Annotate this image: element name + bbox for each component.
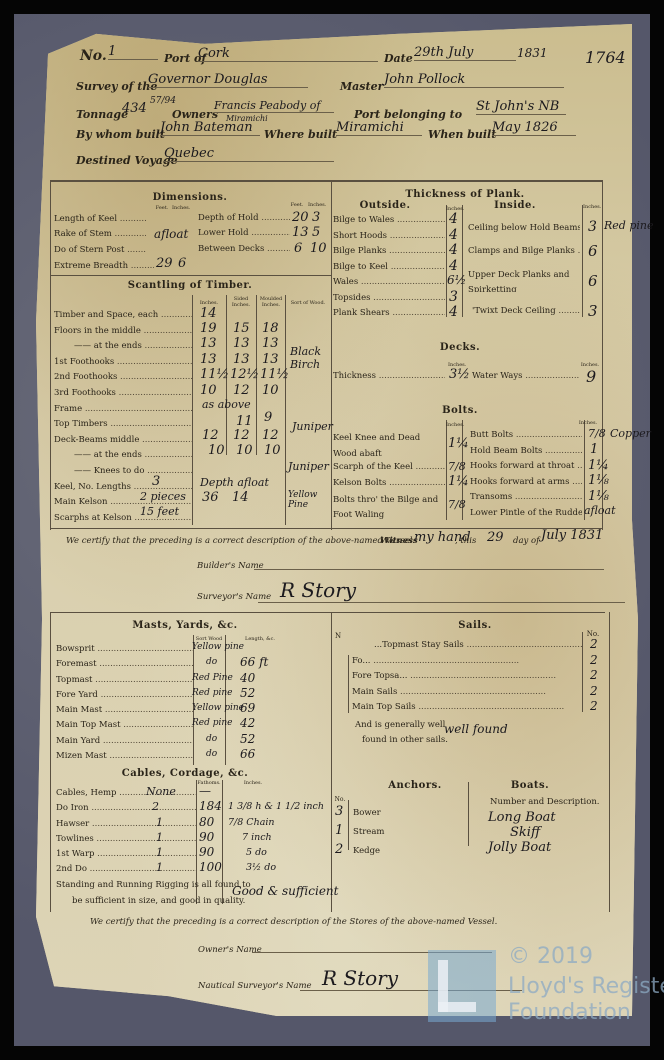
scantling-value: 14 bbox=[232, 490, 249, 505]
stores-right-rule bbox=[609, 612, 610, 912]
plank-value: 4 bbox=[449, 242, 458, 258]
plank-row-label: Wales bbox=[333, 277, 445, 293]
col-rule bbox=[192, 295, 193, 525]
boat-line: Skiff bbox=[510, 825, 540, 840]
scantling-count: 2 pieces bbox=[140, 490, 186, 503]
scantling-value: 9 bbox=[264, 410, 272, 425]
mast-row-label: Fore Yard bbox=[56, 690, 193, 705]
plank-row-label: Short Hoods bbox=[333, 231, 445, 247]
dim-col-inches: Inches. bbox=[172, 205, 186, 211]
table-top-rule bbox=[50, 180, 602, 182]
cable-fathoms: — bbox=[199, 784, 222, 799]
tonnage-label: Tonnage bbox=[76, 108, 128, 121]
dim-value: 5 bbox=[312, 225, 320, 240]
where-built-value: Miramichi bbox=[336, 120, 422, 136]
sail-row-label: Fo... bbox=[352, 656, 582, 672]
dim-row-label: Rake of Stem bbox=[54, 229, 146, 239]
scantling-value: 12 bbox=[262, 428, 279, 443]
mast-row-label: Topmast bbox=[56, 675, 193, 690]
dim-row-label: Extreme Breadth bbox=[54, 261, 154, 271]
scantling-col-sided: Sided Inches. bbox=[227, 296, 255, 308]
mast-row-label: Main Top Mast bbox=[56, 720, 193, 735]
scantling-row-label: Deck-Beams middle bbox=[54, 435, 192, 451]
dim-value: 6 bbox=[178, 256, 186, 271]
mast-row-label: Main Mast bbox=[56, 705, 193, 720]
plank-row-label: Topsides bbox=[333, 293, 445, 309]
scantling-row-label: Floors in the middle bbox=[54, 326, 192, 342]
mast-length: 52 bbox=[240, 686, 268, 701]
plank-value: 6 bbox=[588, 272, 598, 290]
bolts-row-label: Bolts thro' the Bilge and Foot Waling bbox=[333, 493, 445, 523]
survey-of-label: Survey of the bbox=[76, 80, 157, 93]
anchor-label: Stream bbox=[353, 827, 384, 837]
scantling-value: 12 bbox=[233, 383, 250, 398]
masts-labels: Bowsprit Foremast Topmast Fore Yard Main… bbox=[56, 644, 193, 766]
bolts-row-label: Scarph of the Keel bbox=[333, 462, 445, 472]
watermark-org-line1: Lloyd's Register bbox=[508, 974, 664, 999]
bolts-row-label: Hold Beam Bolts bbox=[470, 446, 582, 462]
col-rule bbox=[446, 205, 447, 317]
stores-top-rule bbox=[50, 612, 605, 613]
mast-row-label: Mizen Mast bbox=[56, 751, 193, 766]
scantling-row-label: Frame bbox=[54, 404, 192, 420]
rigging-text-1: Standing and Running Rigging is all foun… bbox=[56, 880, 251, 890]
built-by-value: John Bateman bbox=[160, 120, 260, 136]
watermark-copyright: © 2019 bbox=[508, 944, 593, 969]
anchor-label: Kedge bbox=[353, 846, 380, 856]
bolts-col-inches: Inches. bbox=[446, 422, 462, 428]
scantling-value: 10 bbox=[262, 383, 279, 398]
scantling-value: 13 bbox=[200, 352, 217, 367]
bolts-value: 1⅛ bbox=[588, 473, 609, 488]
dim-row-label: Do of Stern Post bbox=[54, 245, 146, 255]
plank-value: 4 bbox=[449, 304, 458, 320]
scantling-value: 10 bbox=[264, 443, 281, 458]
bolts-value: 7/8 bbox=[448, 460, 466, 473]
anchor-count: 2 bbox=[335, 842, 353, 857]
scantling-value: 36 bbox=[202, 490, 219, 505]
rigging-value: Good & sufficient bbox=[232, 884, 338, 898]
boats-title: Boats. bbox=[505, 780, 555, 791]
bolts-col-inches-right: Inches. bbox=[578, 420, 598, 426]
dim-value: 3 bbox=[312, 210, 320, 225]
scantling-title: Scantling of Timber. bbox=[120, 280, 260, 291]
date-label: Date bbox=[384, 52, 413, 65]
port-belonging-value: St John's NB bbox=[476, 99, 566, 115]
sails-labels: ...Topmast Stay Sails Fo... Fore Topsa..… bbox=[352, 640, 582, 718]
waterways-label: Water Ways bbox=[472, 371, 580, 381]
dimensions-title: Dimensions. bbox=[140, 192, 240, 203]
dim-row-label: Length of Keel bbox=[54, 214, 146, 224]
cable-count: 1 bbox=[146, 845, 176, 860]
sails-value-col: 2 2 2 2 2 bbox=[590, 637, 598, 715]
built-by-label: By whom built bbox=[76, 128, 165, 141]
bolts-row-label: Kelson Bolts bbox=[333, 478, 445, 488]
cables-count-col: None 2 1 1 1 1 bbox=[146, 784, 176, 876]
no-label: No. bbox=[80, 48, 107, 64]
bolts-note: Copper bbox=[610, 427, 651, 440]
sails-general-2: found in other sails. bbox=[362, 735, 448, 745]
cable-fathoms: 184 bbox=[199, 799, 222, 814]
when-built-value: May 1826 bbox=[492, 120, 576, 136]
dim-row-label: Depth of Hold bbox=[198, 213, 290, 223]
day-value: 29 bbox=[487, 530, 504, 545]
corner-note: 1764 bbox=[585, 48, 626, 67]
bolts-right-labels: Butt Bolts Hold Beam Bolts Hooks forward… bbox=[470, 430, 582, 523]
builders-name-field bbox=[254, 565, 604, 570]
mast-length: 52 bbox=[240, 732, 268, 747]
scantling-count: 3 bbox=[152, 474, 160, 489]
sail-row-label: Fore Topsa... bbox=[352, 671, 582, 687]
scantling-value: 11½ bbox=[200, 367, 229, 382]
dimensions-bottom-rule bbox=[50, 275, 331, 276]
bolts-value: 7/8 bbox=[588, 427, 606, 440]
port-of-value: Cork bbox=[198, 46, 378, 62]
plank-note: Red pine bbox=[604, 219, 653, 232]
mast-row-label: Bowsprit bbox=[56, 644, 193, 659]
bolts-title: Bolts. bbox=[430, 405, 490, 416]
cable-inches bbox=[228, 784, 324, 799]
dim-brace-note: afloat bbox=[154, 227, 188, 241]
scantling-value: 10 bbox=[208, 443, 225, 458]
plank-value: 6 bbox=[588, 242, 598, 260]
col-rule bbox=[582, 632, 583, 712]
mast-wood: Yellow pine bbox=[192, 701, 244, 716]
plank-row-label: Clamps and Bilge Planks bbox=[468, 246, 580, 256]
cable-count: 1 bbox=[146, 815, 176, 830]
scantling-value: 11½ bbox=[260, 367, 289, 382]
dim-col-feet-right: Feet. bbox=[290, 202, 304, 208]
masts-length-col: 66 ft 40 52 69 42 52 66 bbox=[240, 640, 268, 762]
wood-note: Juniper bbox=[288, 460, 329, 473]
surveyors-signature: R Story bbox=[258, 578, 625, 603]
tonnage-value: 434 bbox=[122, 101, 147, 116]
bolts-row-label: Butt Bolts bbox=[470, 430, 582, 446]
cable-count: None bbox=[146, 784, 176, 799]
anchor-label: Bower bbox=[353, 808, 381, 818]
wood-note: Juniper bbox=[292, 420, 333, 433]
col-rule bbox=[462, 205, 463, 317]
dim-value: 13 bbox=[292, 225, 309, 240]
plank-value: 6½ bbox=[447, 273, 466, 287]
mast-wood: do bbox=[192, 732, 244, 747]
watermark-org-line2: Foundation bbox=[508, 1000, 631, 1025]
cable-inches: 7/8 Chain bbox=[228, 815, 324, 830]
anchor-count: 1 bbox=[335, 823, 353, 838]
cable-fathoms: 100 bbox=[199, 860, 222, 875]
sails-general-value: well found bbox=[444, 722, 508, 736]
dim-value: 20 bbox=[292, 210, 309, 225]
table-left-rule bbox=[50, 180, 51, 530]
sails-title: Sails. bbox=[450, 620, 500, 631]
scantling-value: 18 bbox=[262, 321, 279, 336]
bolts-value: 1¼ bbox=[448, 474, 469, 489]
sails-col-no-left: N bbox=[334, 632, 342, 640]
master-label: Master bbox=[340, 80, 383, 93]
vessel-name: Governor Douglas bbox=[148, 72, 308, 88]
mast-row-label: Foremast bbox=[56, 659, 193, 674]
sail-count: 2 bbox=[590, 684, 598, 700]
mast-length bbox=[240, 640, 268, 655]
cable-fathoms: 80 bbox=[199, 815, 222, 830]
sail-count: 2 bbox=[590, 668, 598, 684]
this-label: , this bbox=[455, 536, 476, 546]
mast-row-label: Main Yard bbox=[56, 736, 193, 751]
sail-row-label: Main Top Sails bbox=[352, 702, 582, 718]
bolts-value: 1 bbox=[590, 442, 598, 457]
cables-fathoms-col: — 184 80 90 90 100 bbox=[199, 784, 222, 876]
cable-inches: 5 do bbox=[228, 845, 324, 860]
scantling-value: as above bbox=[202, 398, 251, 411]
scantling-value: Depth afloat bbox=[200, 476, 269, 489]
col-rule bbox=[582, 205, 583, 317]
anchor-count: 3 bbox=[335, 804, 353, 819]
plank-row-label: Bilge Planks bbox=[333, 246, 445, 262]
scantling-col-moulded: Moulded Inches. bbox=[257, 296, 285, 308]
plank-col-inches-inside: Inches. bbox=[583, 204, 601, 210]
scantling-row-label: Timber and Space, each bbox=[54, 310, 192, 326]
lr-logo-l-base bbox=[438, 1002, 476, 1012]
cable-fathoms: 90 bbox=[199, 830, 222, 845]
when-built-label: When built bbox=[428, 128, 496, 141]
decks-title: Decks. bbox=[430, 342, 490, 353]
outside-labels: Bilge to Wales Short Hoods Bilge Planks … bbox=[333, 215, 445, 324]
outside-title: Outside. bbox=[350, 200, 420, 211]
sail-count: 2 bbox=[590, 637, 598, 653]
col-rule bbox=[446, 420, 447, 520]
date-value: 29th July bbox=[414, 45, 516, 61]
decks-thickness-value: 3½ bbox=[449, 367, 470, 382]
inside-title: Inside. bbox=[485, 200, 545, 211]
table-middle-rule bbox=[331, 180, 332, 530]
witness-label: Witness bbox=[380, 536, 418, 546]
month-year-value: July 1831 bbox=[541, 528, 603, 543]
cable-inches: 3½ do bbox=[228, 860, 324, 875]
bolts-value: afloat bbox=[584, 504, 616, 517]
scantling-value: 12 bbox=[233, 428, 250, 443]
plank-row-label: Ceiling below Hold Beams bbox=[468, 223, 580, 233]
bolts-value: 1¼ bbox=[588, 458, 609, 473]
mast-length: 66 bbox=[240, 747, 268, 762]
scantling-row-label: Top Timbers bbox=[54, 419, 192, 435]
scantling-row-label: —— at the ends bbox=[54, 450, 192, 466]
bolts-value: 1⅛ bbox=[588, 489, 609, 504]
dim-row-label: Between Decks bbox=[198, 244, 290, 254]
cable-count: 2 bbox=[146, 799, 176, 814]
stores-left-rule bbox=[50, 612, 51, 912]
col-rule bbox=[468, 782, 469, 846]
scantling-value: 10 bbox=[200, 383, 217, 398]
scantling-row-label: 2nd Foothooks bbox=[54, 372, 192, 388]
certify-text: We certify that the preceding is a corre… bbox=[66, 536, 415, 546]
mast-wood: Red Pine bbox=[192, 671, 244, 686]
scantling-value: 13 bbox=[200, 336, 217, 351]
scantling-row-label: 1st Foothooks bbox=[54, 357, 192, 373]
scantling-row-label: —— at the ends bbox=[54, 341, 192, 357]
mast-wood: do bbox=[192, 655, 244, 670]
plank-row-label: Plank Shears bbox=[333, 308, 445, 324]
scantling-value: 12½ bbox=[230, 367, 259, 382]
scantling-value: 12 bbox=[202, 428, 219, 443]
owners-value: Francis Peabody of bbox=[214, 99, 334, 113]
boats-subtitle: Number and Description. bbox=[490, 797, 600, 807]
year-value: 1831 bbox=[517, 46, 548, 60]
mast-length: 69 bbox=[240, 701, 268, 716]
scantling-row-label: —— Knees to do bbox=[54, 466, 192, 482]
cable-count: 1 bbox=[146, 830, 176, 845]
cables-inches-col: 1 3/8 h & 1 1/2 inch 7/8 Chain 7 inch 5 … bbox=[228, 784, 324, 876]
bolts-row-label: Transoms bbox=[470, 492, 582, 508]
scantling-count: 15 feet bbox=[140, 505, 179, 518]
cable-fathoms: 90 bbox=[199, 845, 222, 860]
no-value: 1 bbox=[108, 44, 158, 60]
anchors-list: 3Bower 1Stream 2Kedge bbox=[335, 802, 384, 859]
boat-line: Long Boat bbox=[488, 810, 556, 825]
mast-length: 40 bbox=[240, 671, 268, 686]
rigging-text-2: be sufficient in size, and good in quali… bbox=[72, 896, 245, 906]
plank-row-label: 'Twixt Deck Ceiling bbox=[472, 306, 580, 316]
scantling-row-label: 3rd Foothooks bbox=[54, 388, 192, 404]
col-rule bbox=[285, 295, 286, 525]
scantling-value: 13 bbox=[233, 352, 250, 367]
bolts-value: 7/8 bbox=[448, 498, 466, 511]
scantling-value: 13 bbox=[233, 336, 250, 351]
masts-wood-col: Yellow pine do Red Pine Red pine Yellow … bbox=[192, 640, 244, 762]
plank-row-label: Bilge to Keel bbox=[333, 262, 445, 278]
scantling-value: 10 bbox=[236, 443, 253, 458]
stores-middle-rule bbox=[331, 612, 332, 912]
scantling-value: 15 bbox=[233, 321, 250, 336]
dim-col-inches-right: Inches. bbox=[308, 202, 322, 208]
scantling-value: 13 bbox=[262, 336, 279, 351]
scantling-value: 11 bbox=[236, 414, 253, 429]
wood-note: Black Birch bbox=[290, 345, 330, 371]
scantling-value: 14 bbox=[200, 306, 217, 321]
mast-wood: do bbox=[192, 747, 244, 762]
plank-value: 4 bbox=[449, 227, 458, 243]
anchors-title: Anchors. bbox=[380, 780, 450, 791]
anchor-row: 1Stream bbox=[335, 821, 384, 840]
decks-thickness-label: Thickness bbox=[333, 371, 445, 381]
dim-value: 29 bbox=[156, 256, 173, 271]
plank-value: 3 bbox=[588, 219, 597, 235]
voyage-value: Quebec bbox=[164, 146, 334, 162]
waterways-value: 9 bbox=[586, 367, 596, 386]
plank-value: 4 bbox=[449, 258, 458, 274]
dim-value: 10 bbox=[310, 241, 327, 256]
tonnage-fraction: 57/94 bbox=[150, 96, 176, 106]
sail-row-label: Main Sails bbox=[352, 687, 582, 703]
mast-length: 42 bbox=[240, 716, 268, 731]
plank-title: Thickness of Plank. bbox=[390, 189, 540, 200]
voyage-label: Destined Voyage bbox=[76, 154, 178, 167]
bolts-row-label: Hooks forward at throat bbox=[470, 461, 582, 477]
scantling-col-wood: Sort of Wood. bbox=[286, 300, 330, 306]
cable-inches: 1 3/8 h & 1 1/2 inch bbox=[228, 799, 324, 814]
plank-row-label: Bilge to Wales bbox=[333, 215, 445, 231]
mast-wood: Red pine bbox=[192, 686, 244, 701]
scantling-value: 19 bbox=[200, 321, 217, 336]
day-of-label: day of bbox=[513, 536, 539, 546]
sail-count: 2 bbox=[590, 653, 598, 669]
dim-value: 6 bbox=[294, 241, 302, 256]
scantling-value: 13 bbox=[262, 352, 279, 367]
sail-count: 2 bbox=[590, 699, 598, 715]
mast-wood: Red pine bbox=[192, 716, 244, 731]
cables-title: Cables, Cordage, &c. bbox=[120, 768, 250, 779]
wood-note: Yellow Pine bbox=[288, 490, 330, 510]
boat-line: Jolly Boat bbox=[488, 840, 551, 855]
certify-stores-text: We certify that the preceding is a corre… bbox=[90, 917, 497, 927]
mast-length: 66 ft bbox=[240, 655, 268, 670]
bolts-row-label: Keel Knee and Dead Wood abaft bbox=[333, 430, 445, 462]
dim-col-feet: Feet. bbox=[155, 205, 169, 211]
master-value: John Pollock bbox=[384, 72, 564, 88]
plank-row-label: Upper Deck Planks and Spirketting bbox=[468, 268, 570, 292]
bolts-row-label: Hooks forward at arms bbox=[470, 477, 582, 493]
plank-value: 4 bbox=[449, 211, 458, 227]
sail-row-label: ...Topmast Stay Sails bbox=[352, 640, 582, 656]
anchor-row: 3Bower bbox=[335, 802, 384, 821]
anchor-row: 2Kedge bbox=[335, 840, 384, 859]
cable-inches: 7 inch bbox=[228, 830, 324, 845]
mast-wood: Yellow pine bbox=[192, 640, 244, 655]
col-rule bbox=[348, 655, 349, 713]
cable-count: 1 bbox=[146, 860, 176, 875]
bolts-value: 1¼ bbox=[448, 436, 469, 451]
bolts-row-label: Lower Pintle of the Rudder bbox=[470, 508, 582, 524]
nautical-surveyor-label: Nautical Surveyor's Name bbox=[198, 981, 312, 991]
sails-general-1: And is generally well bbox=[355, 720, 445, 730]
plank-value: 3 bbox=[588, 302, 598, 320]
dim-row-label: Lower Hold bbox=[198, 228, 290, 238]
plank-value: 3 bbox=[449, 289, 458, 305]
lr-logo-icon bbox=[428, 950, 496, 1022]
masts-title: Masts, Yards, &c. bbox=[120, 620, 250, 631]
where-built-label: Where built bbox=[264, 128, 337, 141]
